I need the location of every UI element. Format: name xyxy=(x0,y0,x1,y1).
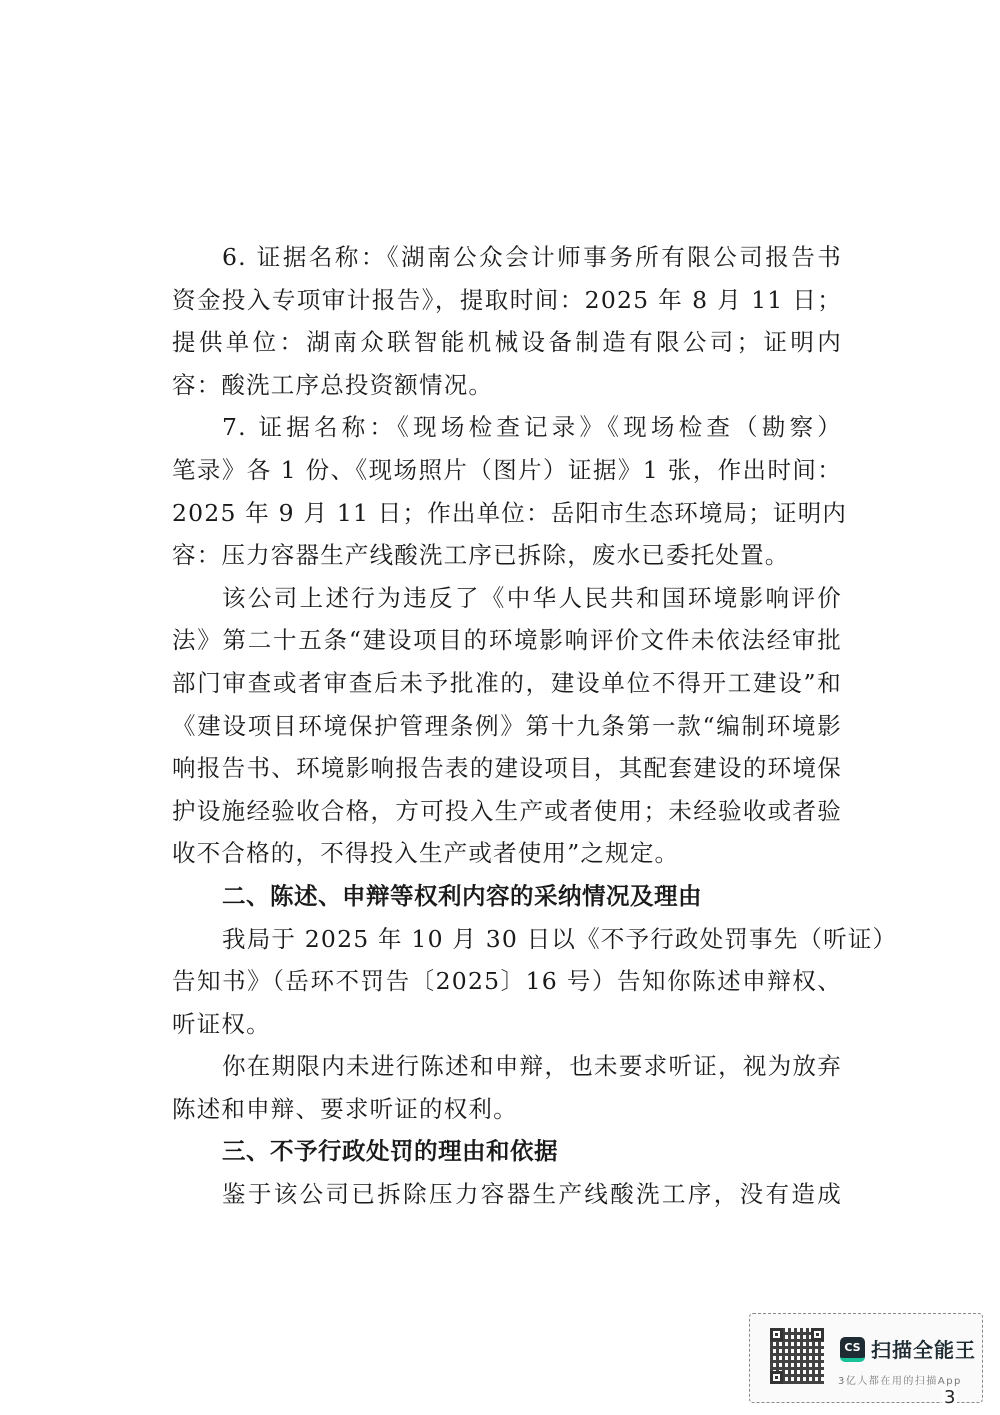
text-line: 2025 年 9 月 11 日；作出单位：岳阳市生态环境局；证明内 xyxy=(172,492,842,535)
evidence-item-7: 7. 证据名称：《现场检查记录》《现场检查（勘察） 笔录》各 1 份、《现场照片… xyxy=(172,406,842,576)
text-line: 听证权。 xyxy=(172,1003,842,1046)
text-line: 告知书》（岳环不罚告〔2025〕16 号）告知你陈述申辩权、 xyxy=(172,960,842,1003)
brand-tagline: 3亿人都在用的扫描App xyxy=(838,1372,962,1387)
text-line: 鉴于该公司已拆除压力容器生产线酸洗工序，没有造成 xyxy=(172,1173,842,1216)
text-line: 容：压力容器生产线酸洗工序已拆除，废水已委托处置。 xyxy=(172,534,842,577)
camscanner-logo-icon: CS xyxy=(840,1337,865,1362)
text-line: 笔录》各 1 份、《现场照片（图片）证据》1 张，作出时间： xyxy=(172,449,842,492)
text-line: 护设施经验收合格，方可投入生产或者使用；未经验收或者验 xyxy=(172,790,842,833)
section-heading: 三、不予行政处罚的理由和依据 xyxy=(172,1130,842,1173)
text-line: 你在期限内未进行陈述和申辩，也未要求听证，视为放弃 xyxy=(172,1045,842,1088)
text-line: 《建设项目环境保护管理条例》第十九条第一款“编制环境影 xyxy=(172,705,842,748)
text-line: 部门审查或者审查后未予批准的，建设单位不得开工建设”和 xyxy=(172,662,842,705)
qr-finder-icon xyxy=(811,1328,824,1341)
text-line: 资金投入专项审计报告》，提取时间：2025 年 8 月 11 日； xyxy=(172,279,842,322)
document-page: 6. 证据名称：《湖南公众会计师事务所有限公司报告书 资金投入专项审计报告》，提… xyxy=(172,236,842,1216)
section-3: 三、不予行政处罚的理由和依据 鉴于该公司已拆除压力容器生产线酸洗工序，没有造成 xyxy=(172,1130,842,1215)
text-line: 法》第二十五条“建设项目的环境影响评价文件未依法经审批 xyxy=(172,619,842,662)
section-heading: 二、陈述、申辩等权利内容的采纳情况及理由 xyxy=(172,875,842,918)
text-line: 陈述和申辩、要求听证的权利。 xyxy=(172,1088,842,1131)
qr-finder-icon xyxy=(770,1371,783,1384)
text-line: 容：酸洗工序总投资额情况。 xyxy=(172,364,842,407)
text-line: 该公司上述行为违反了《中华人民共和国环境影响评价 xyxy=(172,577,842,620)
text-line: 6. 证据名称：《湖南公众会计师事务所有限公司报告书 xyxy=(172,236,842,279)
text-line: 7. 证据名称：《现场检查记录》《现场检查（勘察） xyxy=(172,406,842,449)
text-line: 收不合格的，不得投入生产或者使用”之规定。 xyxy=(172,832,842,875)
qr-code-icon xyxy=(770,1328,824,1384)
text-line: 响报告书、环境影响报告表的建设项目，其配套建设的环境保 xyxy=(172,747,842,790)
evidence-item-6: 6. 证据名称：《湖南公众会计师事务所有限公司报告书 资金投入专项审计报告》，提… xyxy=(172,236,842,406)
brand-name: 扫描全能王 xyxy=(871,1334,976,1363)
text-line: 提供单位：湖南众联智能机械设备制造有限公司；证明内 xyxy=(172,321,842,364)
qr-finder-icon xyxy=(770,1328,783,1341)
section-2: 二、陈述、申辩等权利内容的采纳情况及理由 我局于 2025 年 10 月 30 … xyxy=(172,875,842,1131)
violation-paragraph: 该公司上述行为违反了《中华人民共和国环境影响评价 法》第二十五条“建设项目的环境… xyxy=(172,577,842,875)
page-number: 3 xyxy=(942,1388,957,1408)
text-line: 我局于 2025 年 10 月 30 日以《不予行政处罚事先（听证） xyxy=(172,918,842,961)
